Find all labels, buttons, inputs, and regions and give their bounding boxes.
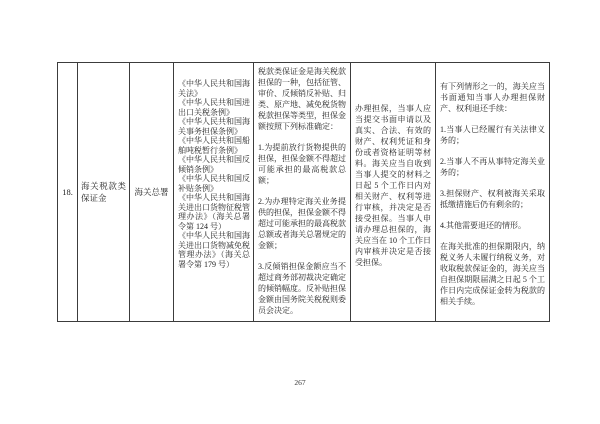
legal-basis-item: 《中华人民共和国海关法》	[178, 79, 250, 98]
item-name: 海关税款类保证金	[81, 180, 126, 204]
page-number: 267	[0, 378, 600, 387]
refund-note: 在海关批准的担保期限内，纳税义务人未履行纳税义务，对收取税款保证金的，海关应当自…	[440, 241, 545, 307]
legal-basis-item: 《中华人民共和国海关进出口货物减免税管理办法》（海关总署令第 179 号）	[178, 231, 250, 269]
standards-item: 3.反倾销担保金额应当不超过商务部初裁决定确定的倾销幅度。反补贴担保金额由国务院…	[258, 261, 346, 316]
standards-item: 1.为提前放行货物提供的担保，担保金额不得超过可能承担的最高税款总额；	[258, 142, 346, 186]
legal-basis-item: 《中华人民共和国海关进出口货物征税管理办法》（海关总署令第 124 号）	[178, 193, 250, 231]
legal-basis-item: 《中华人民共和国海关事务担保条例》	[178, 117, 250, 136]
legal-basis-item: 《中华人民共和国船舶吨税暂行条例》	[178, 136, 250, 155]
deposit-regulations-table: 18. 海关税款类保证金 海关总署 《中华人民共和国海关法》 《中华人民共和国进…	[57, 62, 550, 322]
document-page: 18. 海关税款类保证金 海关总署 《中华人民共和国海关法》 《中华人民共和国进…	[0, 0, 600, 424]
standards-item: 2.为办理特定海关业务提供的担保，担保金额不得超过可能承担的最高税款总额或者海关…	[258, 196, 346, 251]
row-number-cell: 18.	[58, 63, 78, 321]
legal-basis-cell: 《中华人民共和国海关法》 《中华人民共和国进出口关税条例》 《中华人民共和国海关…	[174, 63, 254, 321]
refund-item: 3.担保财产、权利被海关采取抵缴措施后仍有剩余的；	[440, 188, 545, 210]
refund-item: 4.其他需要退还的情形。	[440, 220, 545, 231]
legal-basis-item: 《中华人民共和国反补贴条例》	[178, 174, 250, 193]
refund-item: 2.当事人不再从事特定海关业务的；	[440, 156, 545, 178]
refund-cell: 有下列情形之一的，海关应当书面通知当事人办理担保财产、权利退还手续： 1.当事人…	[436, 63, 549, 321]
legal-basis-item: 《中华人民共和国反倾销条例》	[178, 155, 250, 174]
procedure-cell: 办理担保，当事人应当提交书面申请以及真实、合法、有效的财产、权利凭证和身份或者资…	[351, 63, 436, 321]
procedure-text: 办理担保，当事人应当提交书面申请以及真实、合法、有效的财产、权利凭证和身份或者资…	[355, 103, 431, 268]
item-name-cell: 海关税款类保证金	[78, 63, 130, 321]
row-number: 18.	[62, 187, 73, 198]
legal-basis-item: 《中华人民共和国进出口关税条例》	[178, 98, 250, 117]
standards-intro: 税款类保证金是海关税款担保的一种，包括征管、审价、反倾销反补贴、归类、原产地、减…	[258, 66, 346, 132]
refund-intro: 有下列情形之一的，海关应当书面通知当事人办理担保财产、权利退还手续：	[440, 81, 545, 114]
standards-cell: 税款类保证金是海关税款担保的一种，包括征管、审价、反倾销反补贴、归类、原产地、减…	[254, 63, 351, 321]
department-cell: 海关总署	[130, 63, 174, 321]
refund-item: 1.当事人已经履行有关法律义务的；	[440, 124, 545, 146]
department: 海关总署	[134, 187, 168, 198]
